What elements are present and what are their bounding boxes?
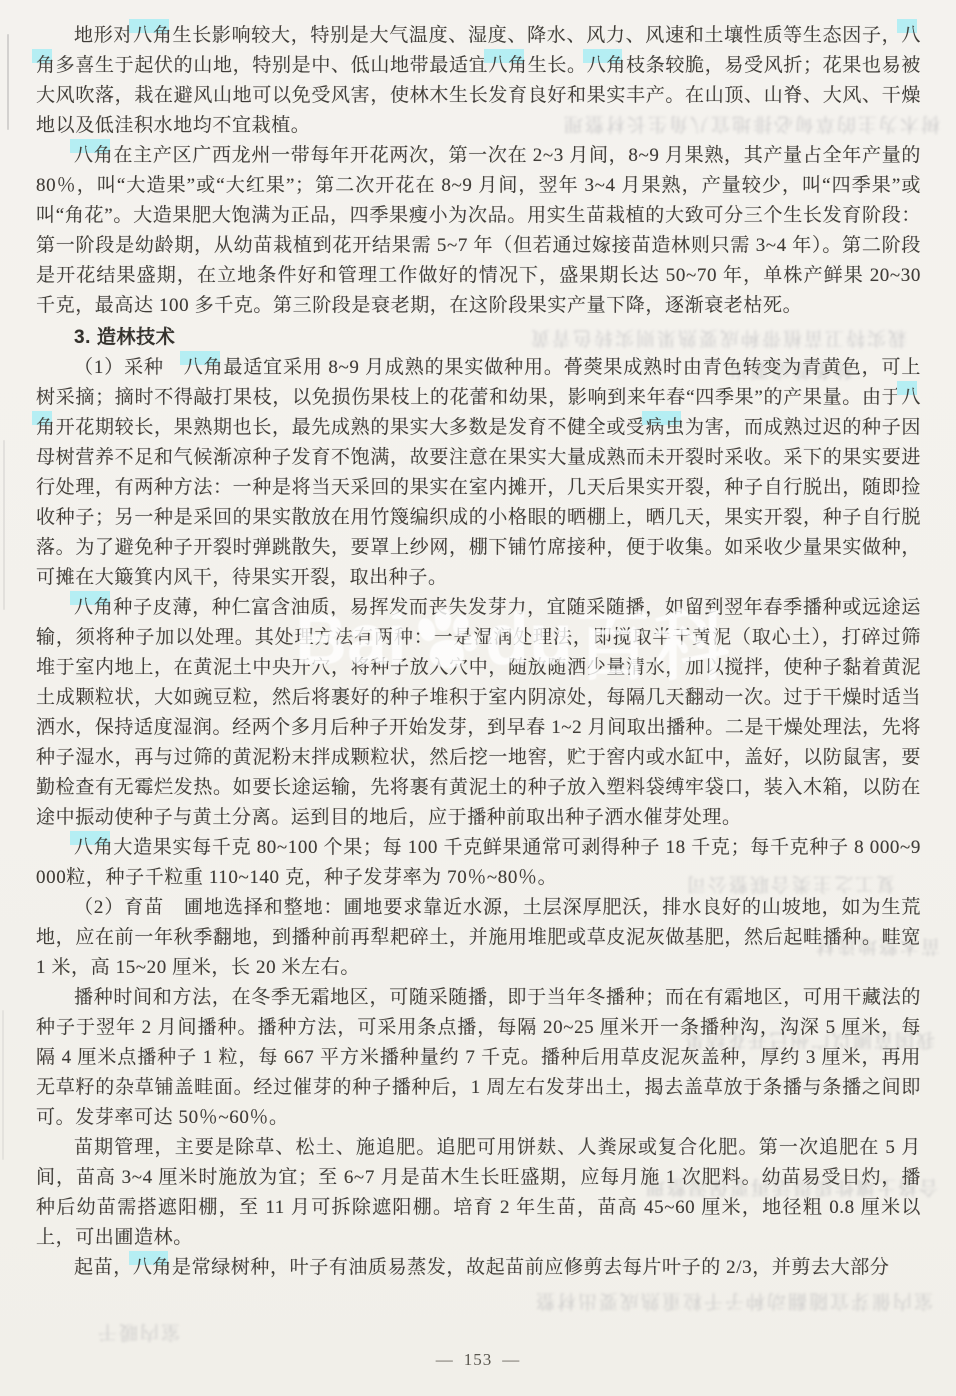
search-term-highlight: 角 <box>152 1257 172 1278</box>
paragraph: 八角在主产区广西龙州一带每年开花两次，第一次在 2~3 月间，8~9 月果熟，其… <box>36 141 921 321</box>
paragraph: 地形对八角生长影响较大，特别是大气温度、湿度、降水、风力、风速和土壤性质等生态因… <box>36 21 921 141</box>
search-term-highlight: 角 <box>204 357 224 378</box>
scan-edge-mark <box>7 34 9 130</box>
search-term-highlight: 八 <box>901 25 921 46</box>
section-heading: 3. 造林技术 <box>36 323 921 353</box>
paragraph: 起苗，八角是常绿树种，叶子有油质易蒸发，故起苗前应修剪去每片叶子的 2/3，并剪… <box>36 1253 921 1283</box>
footer-dash-left: — <box>436 1350 454 1369</box>
paragraph: 苗期管理，主要是除草、松土、施追肥。追肥可用饼麸、人粪尿或复合化肥。第一次追肥在… <box>36 1133 921 1253</box>
search-term-highlight: 角 <box>94 837 114 858</box>
paragraph: 八角种子皮薄，种仁富含油质，易挥发而丧失发芽力，宜随采随播，如留到翌年春季播种或… <box>36 593 921 833</box>
document-body: 地形对八角生长影响较大，特别是大气温度、湿度、降水、风力、风速和土壤性质等生态因… <box>36 21 921 1283</box>
scanned-document-page: 树木为主的草甸必排地宜八角生长材整理栽实特卫苗植带种成要熟果则实转色青黄种条熟成… <box>0 0 956 1396</box>
page-footer: —153— <box>0 1350 956 1370</box>
bleedthrough-text: 室内暖干 <box>40 1320 180 1347</box>
search-term-highlight: 角 <box>508 55 528 76</box>
scan-edge-mark <box>2 1010 4 1160</box>
search-term-highlight: 角 <box>94 145 114 166</box>
search-term-highlight: 角 <box>36 55 56 76</box>
search-term-highlight: 角 <box>606 55 626 76</box>
search-term-highlight: 虫 <box>665 417 685 438</box>
search-term-highlight: 角 <box>153 25 173 46</box>
paragraph: 播种时间和方法，在冬季无霜地区，可随采随播，即于当年冬播种；而在有霜地区，可用干… <box>36 983 921 1133</box>
footer-dash-right: — <box>502 1350 520 1369</box>
search-term-highlight: 角 <box>36 417 56 438</box>
bleedthrough-text: 室内催芽宜随翻动种子千粒重熟成要出材整 <box>233 1289 933 1316</box>
paragraph: 八角大造果实每千克 80~100 个果；每 100 千克鲜果通常可剥得种子 18… <box>36 833 921 893</box>
scan-edge-mark <box>3 440 5 610</box>
paragraph: （2）育苗 圃地选择和整地：圃地要求靠近水源，土层深厚肥沃，排水良好的山坡地，如… <box>36 893 921 983</box>
paragraph: （1）采种 八角最适宜采用 8~9 月成熟的果实做种用。蓇葖果成熟时由青色转变为… <box>36 353 921 593</box>
search-term-highlight: 八 <box>901 387 921 408</box>
search-term-highlight: 角 <box>94 597 114 618</box>
page-number: 153 <box>464 1350 493 1369</box>
